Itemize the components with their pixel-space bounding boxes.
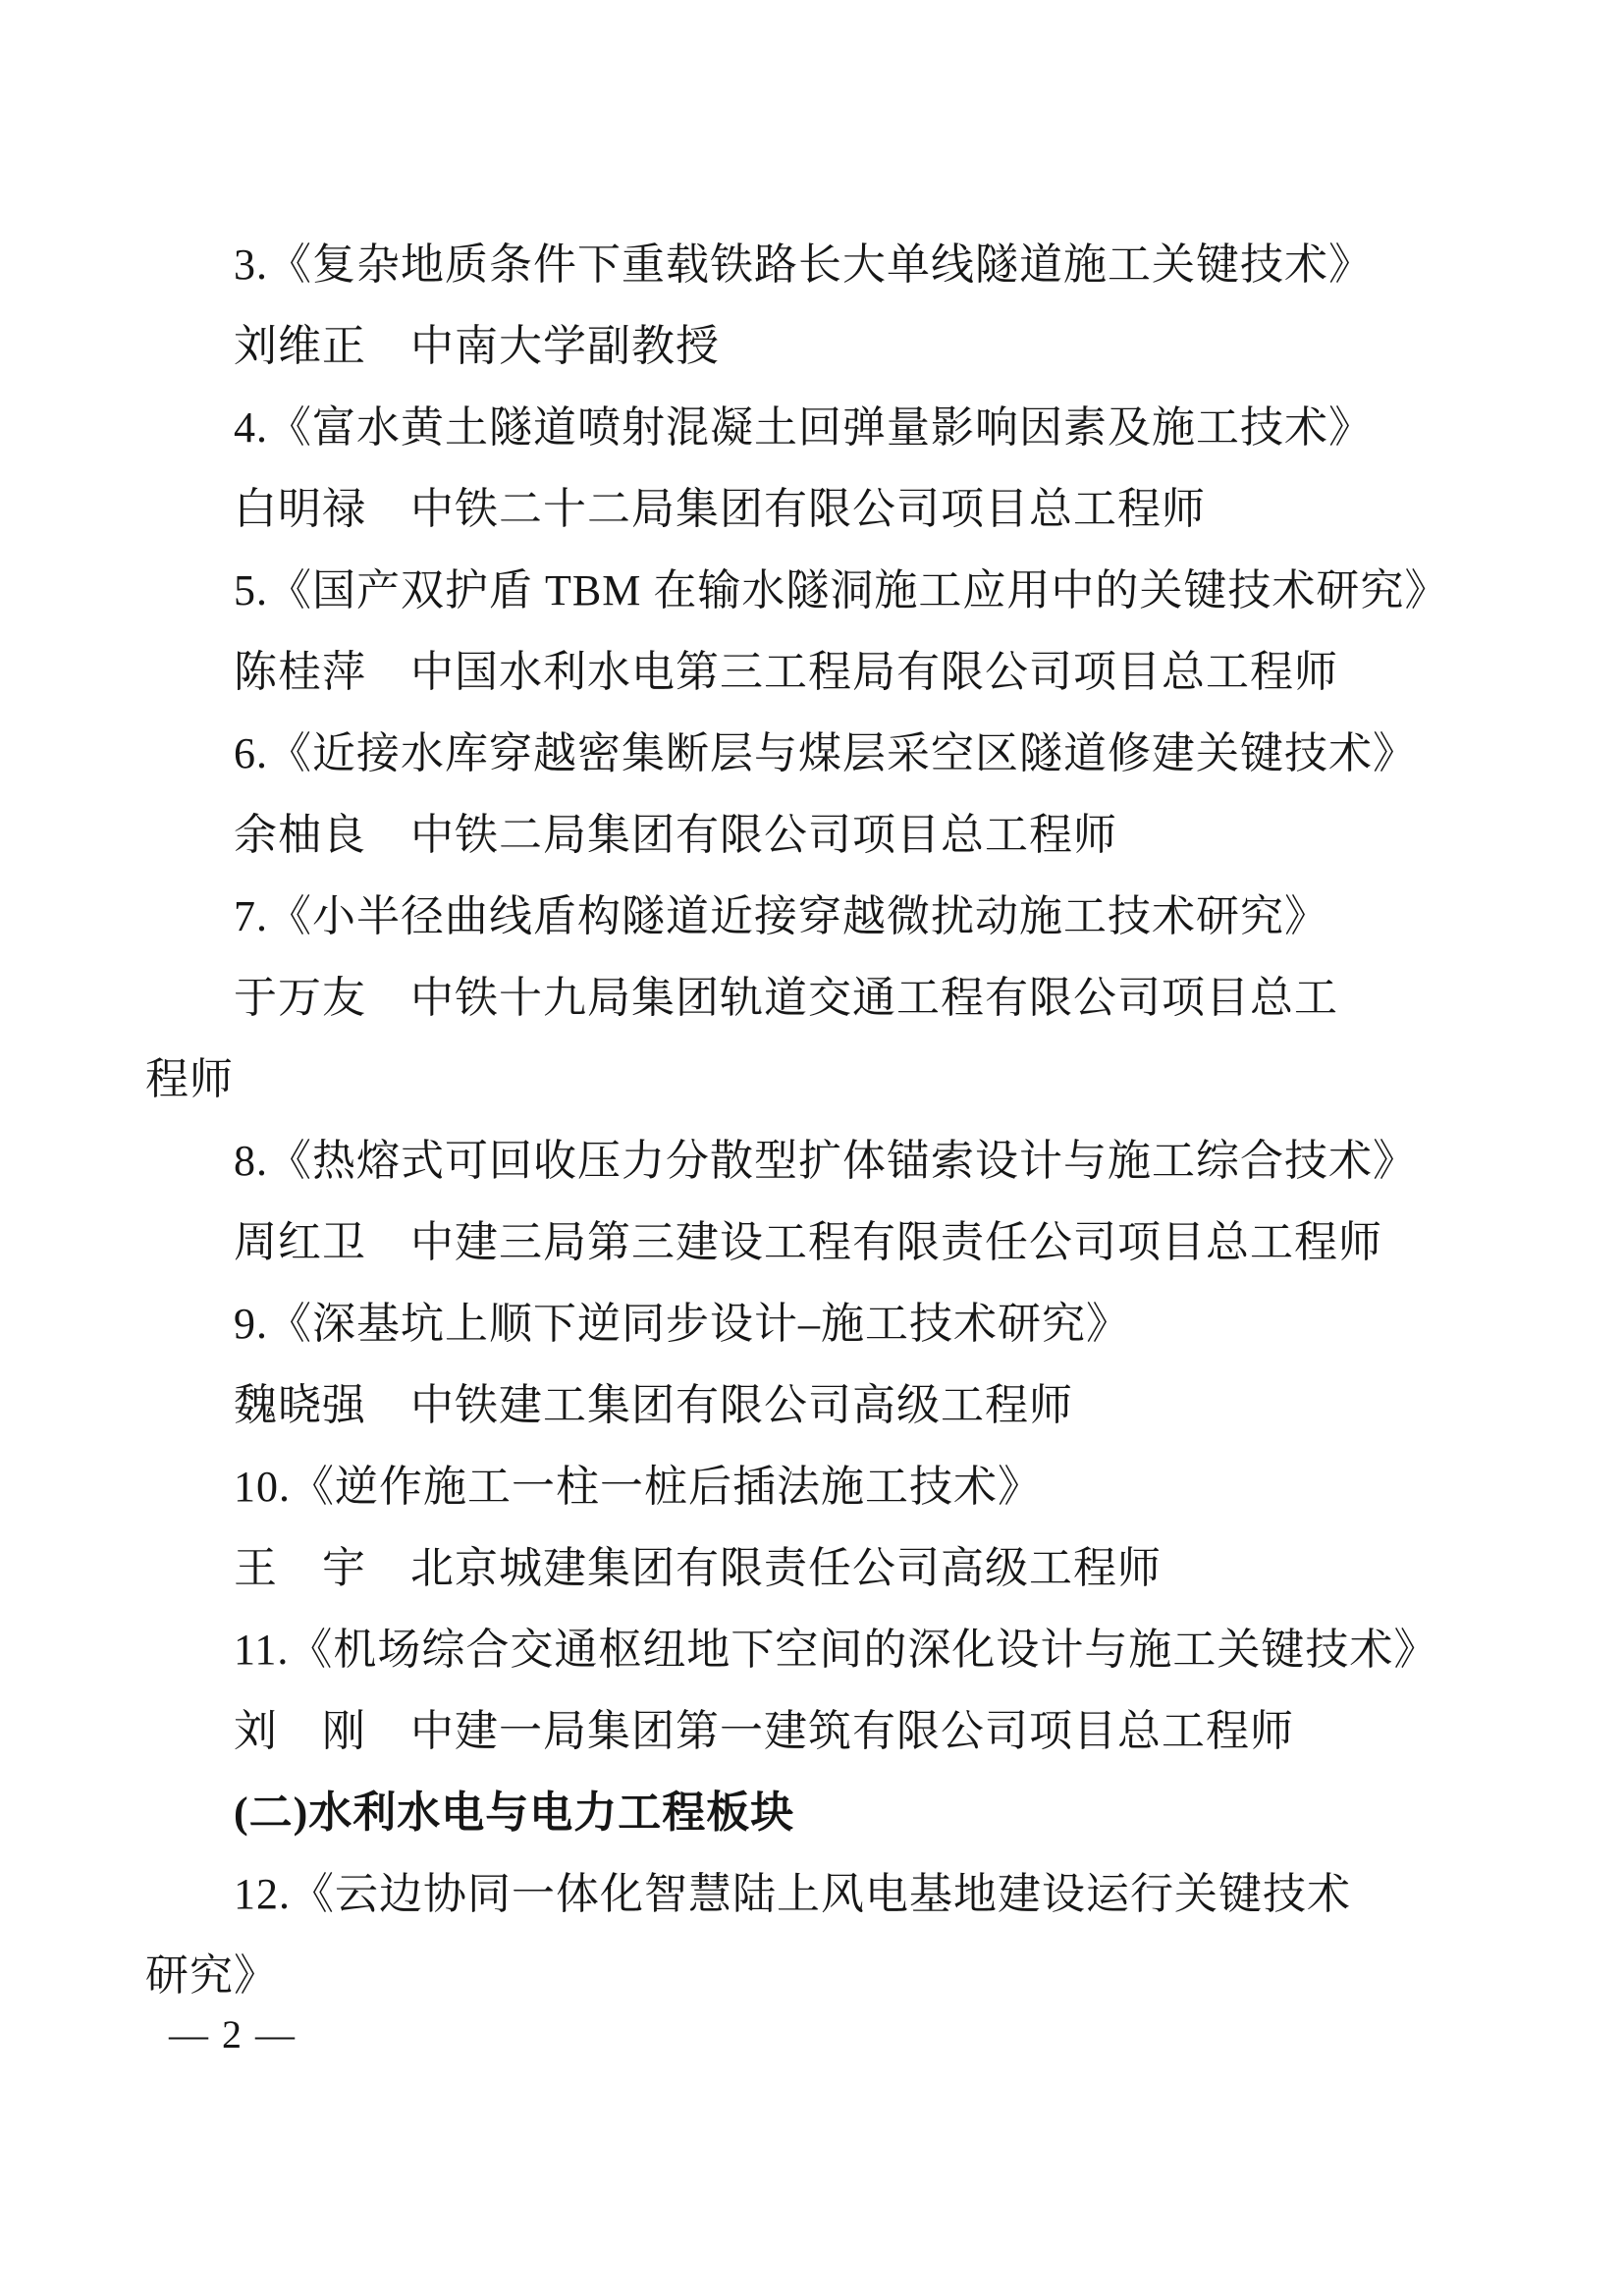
item-title-line: 12.《云边协同一体化智慧陆上风电基地建设运行关键技术 — [145, 1853, 1549, 1935]
page-number: — 2 — — [169, 2004, 297, 2065]
item-title-line: 6.《近接水库穿越密集断层与煤层采空区隧道修建关键技术》 — [145, 713, 1549, 794]
presenter-line: 白明禄 中铁二十二局集团有限公司项目总工程师 — [145, 468, 1549, 550]
presenter-line: 王 宇 北京城建集团有限责任公司高级工程师 — [145, 1527, 1549, 1609]
item-title-line: 5.《国产双护盾 TBM 在输水隧洞施工应用中的关键技术研究》 — [145, 550, 1549, 631]
section-heading: (二)水利水电与电力工程板块 — [145, 1772, 1549, 1853]
continuation-line: 研究》 — [145, 1935, 1549, 2016]
item-title-line: 11.《机场综合交通枢纽地下空间的深化设计与施工关键技术》 — [145, 1609, 1549, 1690]
presenter-line: 于万友 中铁十九局集团轨道交通工程有限公司项目总工 — [145, 957, 1549, 1039]
item-title-line: 10.《逆作施工一柱一桩后插法施工技术》 — [145, 1446, 1549, 1527]
item-title-line: 7.《小半径曲线盾构隧道近接穿越微扰动施工技术研究》 — [145, 876, 1549, 957]
item-title-line: 4.《富水黄土隧道喷射混凝土回弹量影响因素及施工技术》 — [145, 387, 1549, 468]
document-page: 3.《复杂地质条件下重载铁路长大单线隧道施工关键技术》刘维正 中南大学副教授4.… — [0, 0, 1623, 2296]
presenter-line: 陈桂萍 中国水利水电第三工程局有限公司项目总工程师 — [145, 631, 1549, 713]
presenter-line: 周红卫 中建三局第三建设工程有限责任公司项目总工程师 — [145, 1201, 1549, 1283]
presenter-line: 魏晓强 中铁建工集团有限公司高级工程师 — [145, 1364, 1549, 1446]
item-title-line: 3.《复杂地质条件下重载铁路长大单线隧道施工关键技术》 — [145, 224, 1549, 305]
presenter-line: 刘 刚 中建一局集团第一建筑有限公司项目总工程师 — [145, 1690, 1549, 1772]
presenter-line: 刘维正 中南大学副教授 — [145, 305, 1549, 387]
item-title-line: 8.《热熔式可回收压力分散型扩体锚索设计与施工综合技术》 — [145, 1120, 1549, 1201]
item-title-line: 9.《深基坑上顺下逆同步设计–施工技术研究》 — [145, 1283, 1549, 1364]
presenter-line: 余柚良 中铁二局集团有限公司项目总工程师 — [145, 794, 1549, 876]
continuation-line: 程师 — [145, 1039, 1549, 1120]
document-body: 3.《复杂地质条件下重载铁路长大单线隧道施工关键技术》刘维正 中南大学副教授4.… — [145, 224, 1549, 2016]
